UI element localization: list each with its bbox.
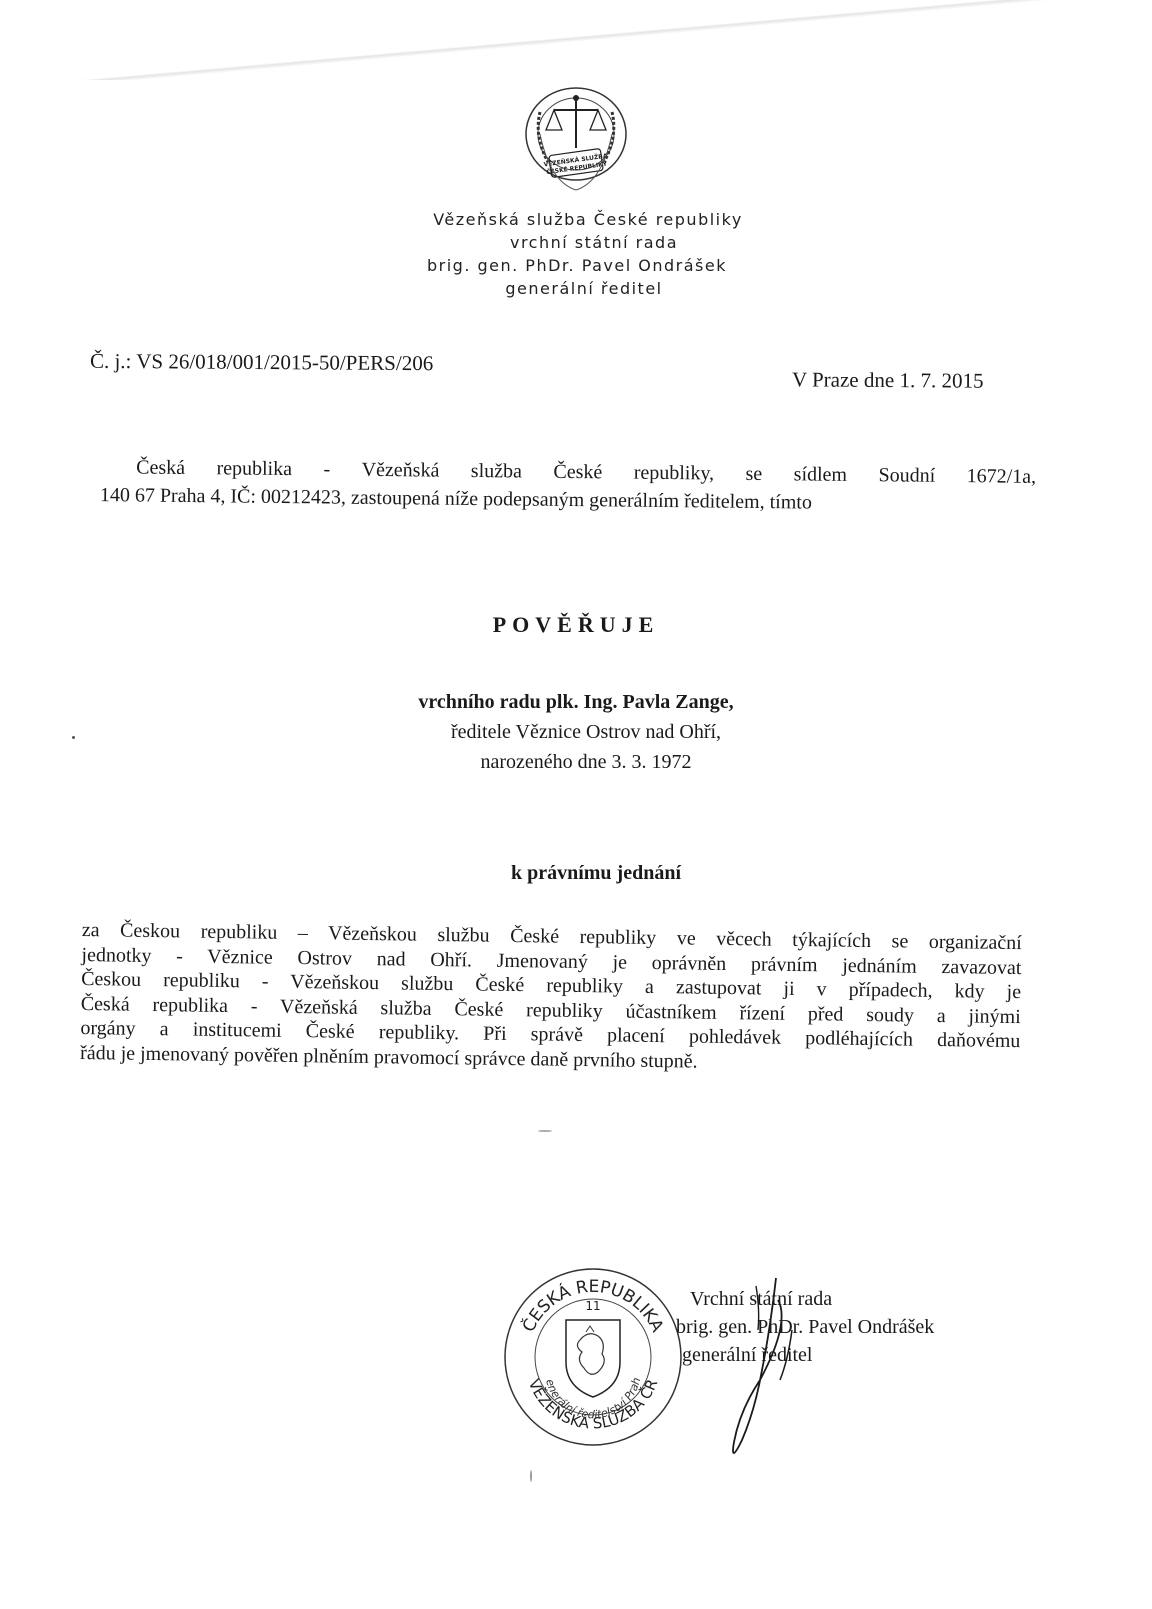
- reference-number: Č. j.: VS 26/018/001/2015-50/PERS/206: [90, 349, 433, 376]
- scan-speck: [538, 1130, 552, 1132]
- authorized-person: vrchního radu plk. Ing. Pavla Zange, řed…: [0, 687, 1152, 777]
- official-stamp-icon: ČESKÁ REPUBLIKA VĚZEŇSKÁ SLUŽBA ČR Gener…: [498, 1262, 688, 1452]
- intro-word: se: [745, 460, 762, 488]
- person-name: vrchního radu plk. Ing. Pavla Zange,: [0, 687, 1152, 717]
- svg-text:11: 11: [585, 1299, 600, 1313]
- person-birthdate: narozeného dne 3. 3. 1972: [20, 747, 1152, 777]
- scan-edge-artifact: [0, 0, 1152, 80]
- intro-word: Soudní: [878, 461, 935, 490]
- document-title: POVĚŘUJE: [0, 612, 1152, 638]
- issuer-name: brig. gen. PhDr. Pavel Ondrášek: [294, 254, 860, 277]
- intro-word: 1672/1a,: [967, 462, 1037, 491]
- intro-word: služba: [471, 457, 522, 486]
- issuer-position: generální ředitel: [308, 277, 860, 300]
- intro-word: republiky,: [634, 459, 715, 488]
- prison-service-emblem-icon: VĚZEŇSKÁ SLUŽBA ČESKÉ REPUBLIKY: [520, 82, 632, 194]
- document-date: V Praze dne 1. 7. 2015: [792, 367, 984, 393]
- intro-word: Česká: [136, 453, 185, 482]
- letterhead: Vězeňská služba České republiky vrchní s…: [300, 208, 860, 300]
- scan-speck: [72, 736, 75, 739]
- intro-word: -: [323, 455, 330, 483]
- handwritten-signature-icon: [700, 1270, 820, 1470]
- intro-paragraph: Českárepublika-VězeňskáslužbaČeskérepubl…: [100, 453, 1041, 519]
- intro-word: Vězeňská: [362, 456, 440, 485]
- intro-word: republika: [216, 454, 292, 483]
- section-heading: k právnímu jednání: [0, 862, 1152, 885]
- authorization-body: za Českou republiku – Vězeňskou službu Č…: [80, 918, 1032, 1078]
- intro-word: sídlem: [794, 460, 848, 489]
- person-role: ředitele Věznice Ostrov nad Ohří,: [20, 717, 1152, 747]
- scan-speck: [530, 1470, 532, 1482]
- organization-name: Vězeňská služba České republiky: [316, 208, 860, 231]
- intro-word: České: [553, 458, 602, 487]
- issuer-rank: vrchní státní rada: [328, 231, 860, 254]
